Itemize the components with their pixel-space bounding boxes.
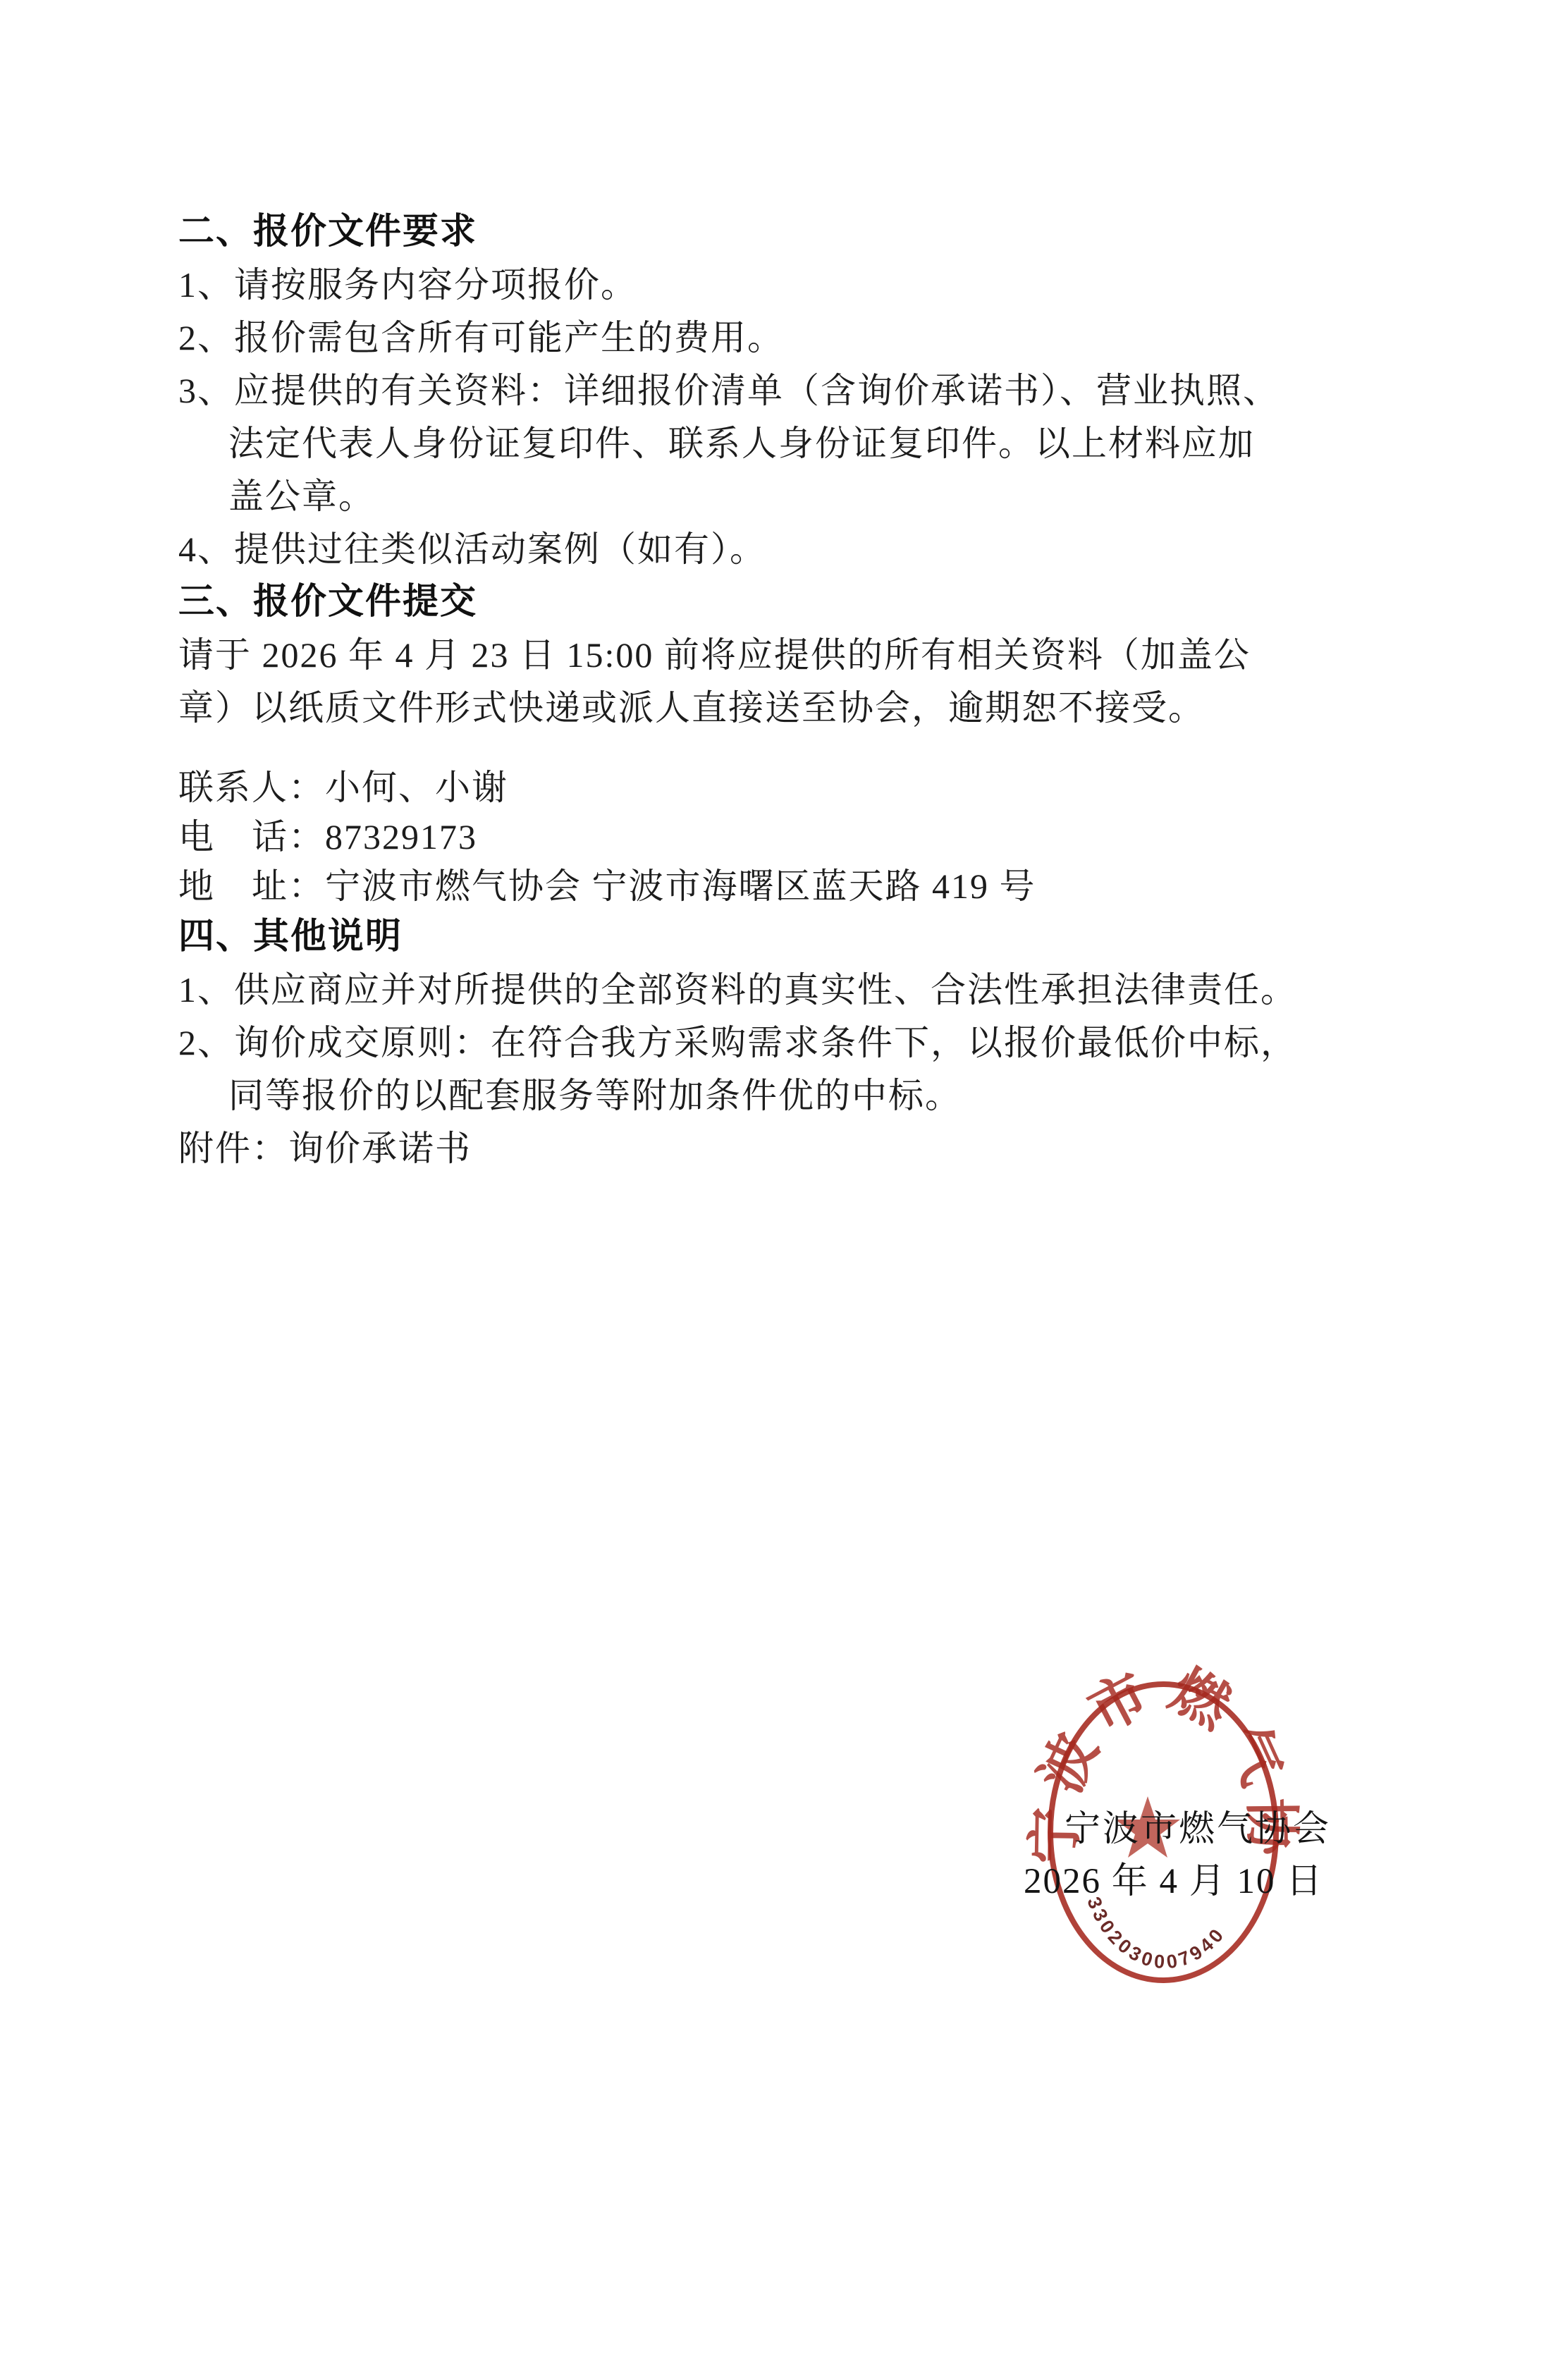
section-3-heading: 三、报价文件提交 (178, 576, 1391, 629)
signature-date: 2026 年 4 月 10 日 (1024, 1851, 1323, 1903)
section-4-item-2: 2、询价成交原则：在符合我方采购需求条件下，以报价最低价中标， 同等报价的以配套… (178, 1017, 1391, 1122)
section-4-heading: 四、其他说明 (178, 911, 1391, 964)
document-body: 二、报价文件要求 1、请按服务内容分项报价。 2、报价需包含所有可能产生的费用。… (178, 206, 1391, 1175)
section-2-item-1: 1、请按服务内容分项报价。 (178, 259, 1391, 312)
contact-block: 联系人：小何、小谢 电 话：87329173 地 址：宁波市燃气协会 宁波市海曙… (178, 763, 1391, 911)
section-3-paragraph: 请于 2026 年 4 月 23 日 15:00 前将应提供的所有相关资料（加盖… (178, 629, 1391, 735)
section-4-item-1: 1、供应商应并对所提供的全部资料的真实性、合法性承担法律责任。 (178, 964, 1391, 1017)
contact-address-line: 地 址：宁波市燃气协会 宁波市海曙区蓝天路 419 号 (178, 861, 1391, 911)
contact-phone-line: 电 话：87329173 (178, 812, 1391, 861)
section-2-item-2: 2、报价需包含所有可能产生的费用。 (178, 312, 1391, 364)
section-2-heading: 二、报价文件要求 (178, 206, 1391, 259)
document-page: 二、报价文件要求 1、请按服务内容分项报价。 2、报价需包含所有可能产生的费用。… (0, 0, 1546, 2380)
contact-person-line: 联系人：小何、小谢 (178, 763, 1391, 812)
section-2-item-4: 4、提供过往类似活动案例（如有）。 (178, 523, 1391, 576)
official-seal: 宁波市燃气协会 3302030007940 宁波市燃气协会 2026 年 4 月… (1008, 1643, 1502, 2037)
signature-org-name: 宁波市燃气协会 (1065, 1799, 1331, 1851)
section-2-item-3: 3、应提供的有关资料：详细报价清单（含询价承诺书）、营业执照、 法定代表人身份证… (178, 364, 1391, 523)
attachment-line: 附件：询价承诺书 (178, 1122, 1391, 1175)
